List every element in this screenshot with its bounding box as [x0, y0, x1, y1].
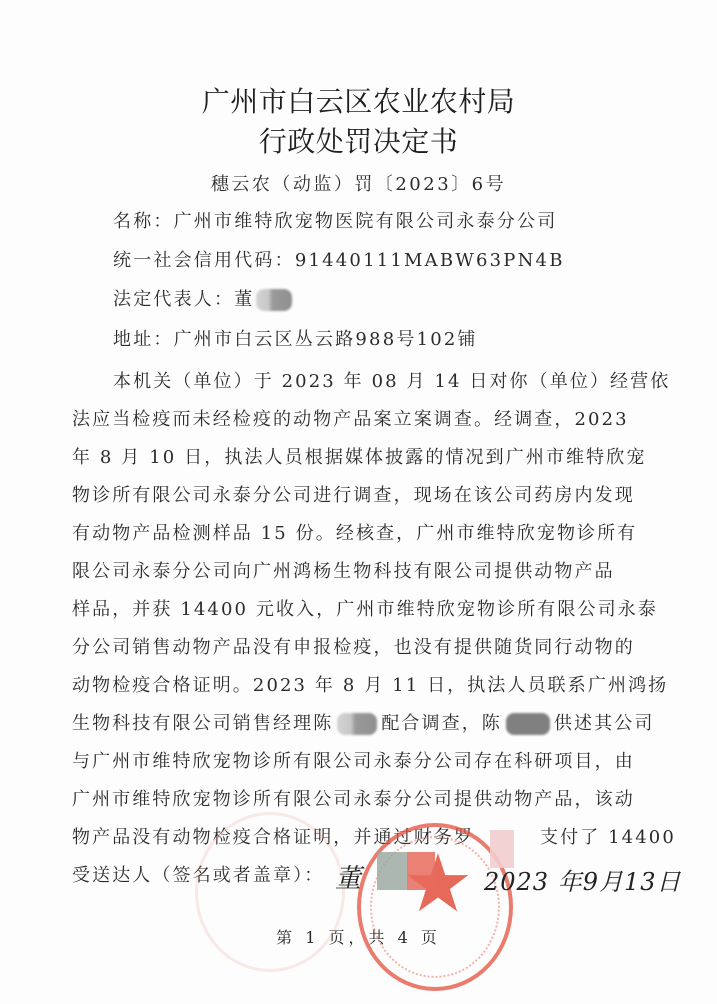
- body-line: 年 8 月 10 日，执法人员根据媒体披露的情况到广州市维特欣宠: [72, 445, 652, 471]
- body-text: 供述其公司: [554, 713, 655, 734]
- handwritten-date: 2023 年9月13日: [484, 862, 682, 897]
- body-line: 样品，并获 14400 元收入，广州市维特欣宠物诊所有限公司永泰: [72, 597, 652, 623]
- faint-seal-stamp: [195, 812, 345, 972]
- document-number: 穗云农（动监）罚〔2023〕6号: [0, 172, 717, 198]
- body-line: 与广州市维特欣宠物诊所有限公司永泰分公司存在科研项目，由: [72, 749, 652, 775]
- body-text: 生物科技有限公司销售经理陈: [72, 713, 333, 734]
- body-text: 支付了 14400: [540, 827, 676, 848]
- body-line: 本机关（单位）于 2023 年 08 月 14 日对你（单位）经营依: [113, 369, 693, 395]
- field-legal-rep-value: 董: [234, 289, 254, 310]
- redacted-name-blur: [256, 289, 292, 311]
- body-line: 广州市维特欣宠物诊所有限公司永泰分公司提供动物产品，该动: [72, 787, 652, 813]
- redacted-name-blur: [506, 713, 550, 735]
- redacted-signature-block: [377, 852, 407, 890]
- body-line: 有动物产品检测样品 15 份。经核查，广州市维特欣宠物诊所有: [72, 521, 652, 547]
- body-line: 物诊所有限公司永泰分公司进行调查，现场在该公司药房内发现: [72, 483, 652, 509]
- body-line: 限公司永泰分公司向广州鸿杨生物科技有限公司提供动物产品: [72, 559, 652, 585]
- document-page: 广州市白云区农业农村局 行政处罚决定书 穗云农（动监）罚〔2023〕6号 名称：…: [0, 0, 717, 1004]
- field-credit-code: 统一社会信用代码：91440111MABW63PN4B: [113, 248, 565, 274]
- body-line: 法应当检疫而未经检疫的动物产品案立案调查。经调查，2023: [72, 407, 652, 433]
- body-text: 配合调查，陈: [381, 713, 502, 734]
- field-credit-code-label: 统一社会信用代码：: [113, 250, 295, 271]
- field-address-value: 广州市白云区丛云路988号102铺: [174, 329, 478, 350]
- field-name-label: 名称：: [113, 211, 174, 232]
- field-name-value: 广州市维特欣宠物医院有限公司永泰分公司: [174, 211, 558, 232]
- body-line-with-redactions: 生物科技有限公司销售经理陈配合调查，陈供述其公司: [72, 711, 652, 737]
- field-address: 地址：广州市白云区丛云路988号102铺: [113, 327, 478, 353]
- redacted-name-blur: [337, 713, 377, 735]
- body-line: 分公司销售动物产品没有申报检疫，也没有提供随货同行动物的: [72, 635, 652, 661]
- issuing-authority-title: 广州市白云区农业农村局: [0, 86, 717, 118]
- field-address-label: 地址：: [113, 329, 174, 350]
- field-legal-rep-label: 法定代表人：: [113, 289, 234, 310]
- field-credit-code-value: 91440111MABW63PN4B: [295, 250, 565, 271]
- handwritten-signature: 董: [335, 858, 361, 895]
- field-name: 名称：广州市维特欣宠物医院有限公司永泰分公司: [113, 209, 557, 235]
- page-footer: 第 1 页，共 4 页: [0, 925, 717, 948]
- redacted-signature-block: [407, 852, 435, 890]
- field-legal-rep: 法定代表人：董: [113, 287, 292, 313]
- body-line: 动物检疫合格证明。2023 年 8 月 11 日，执法人员联系广州鸿扬: [72, 673, 652, 699]
- body-line-with-redaction: 物产品没有动物检疫合格证明，并通过财务罗支付了 14400: [72, 825, 652, 851]
- document-type-title: 行政处罚决定书: [0, 126, 717, 158]
